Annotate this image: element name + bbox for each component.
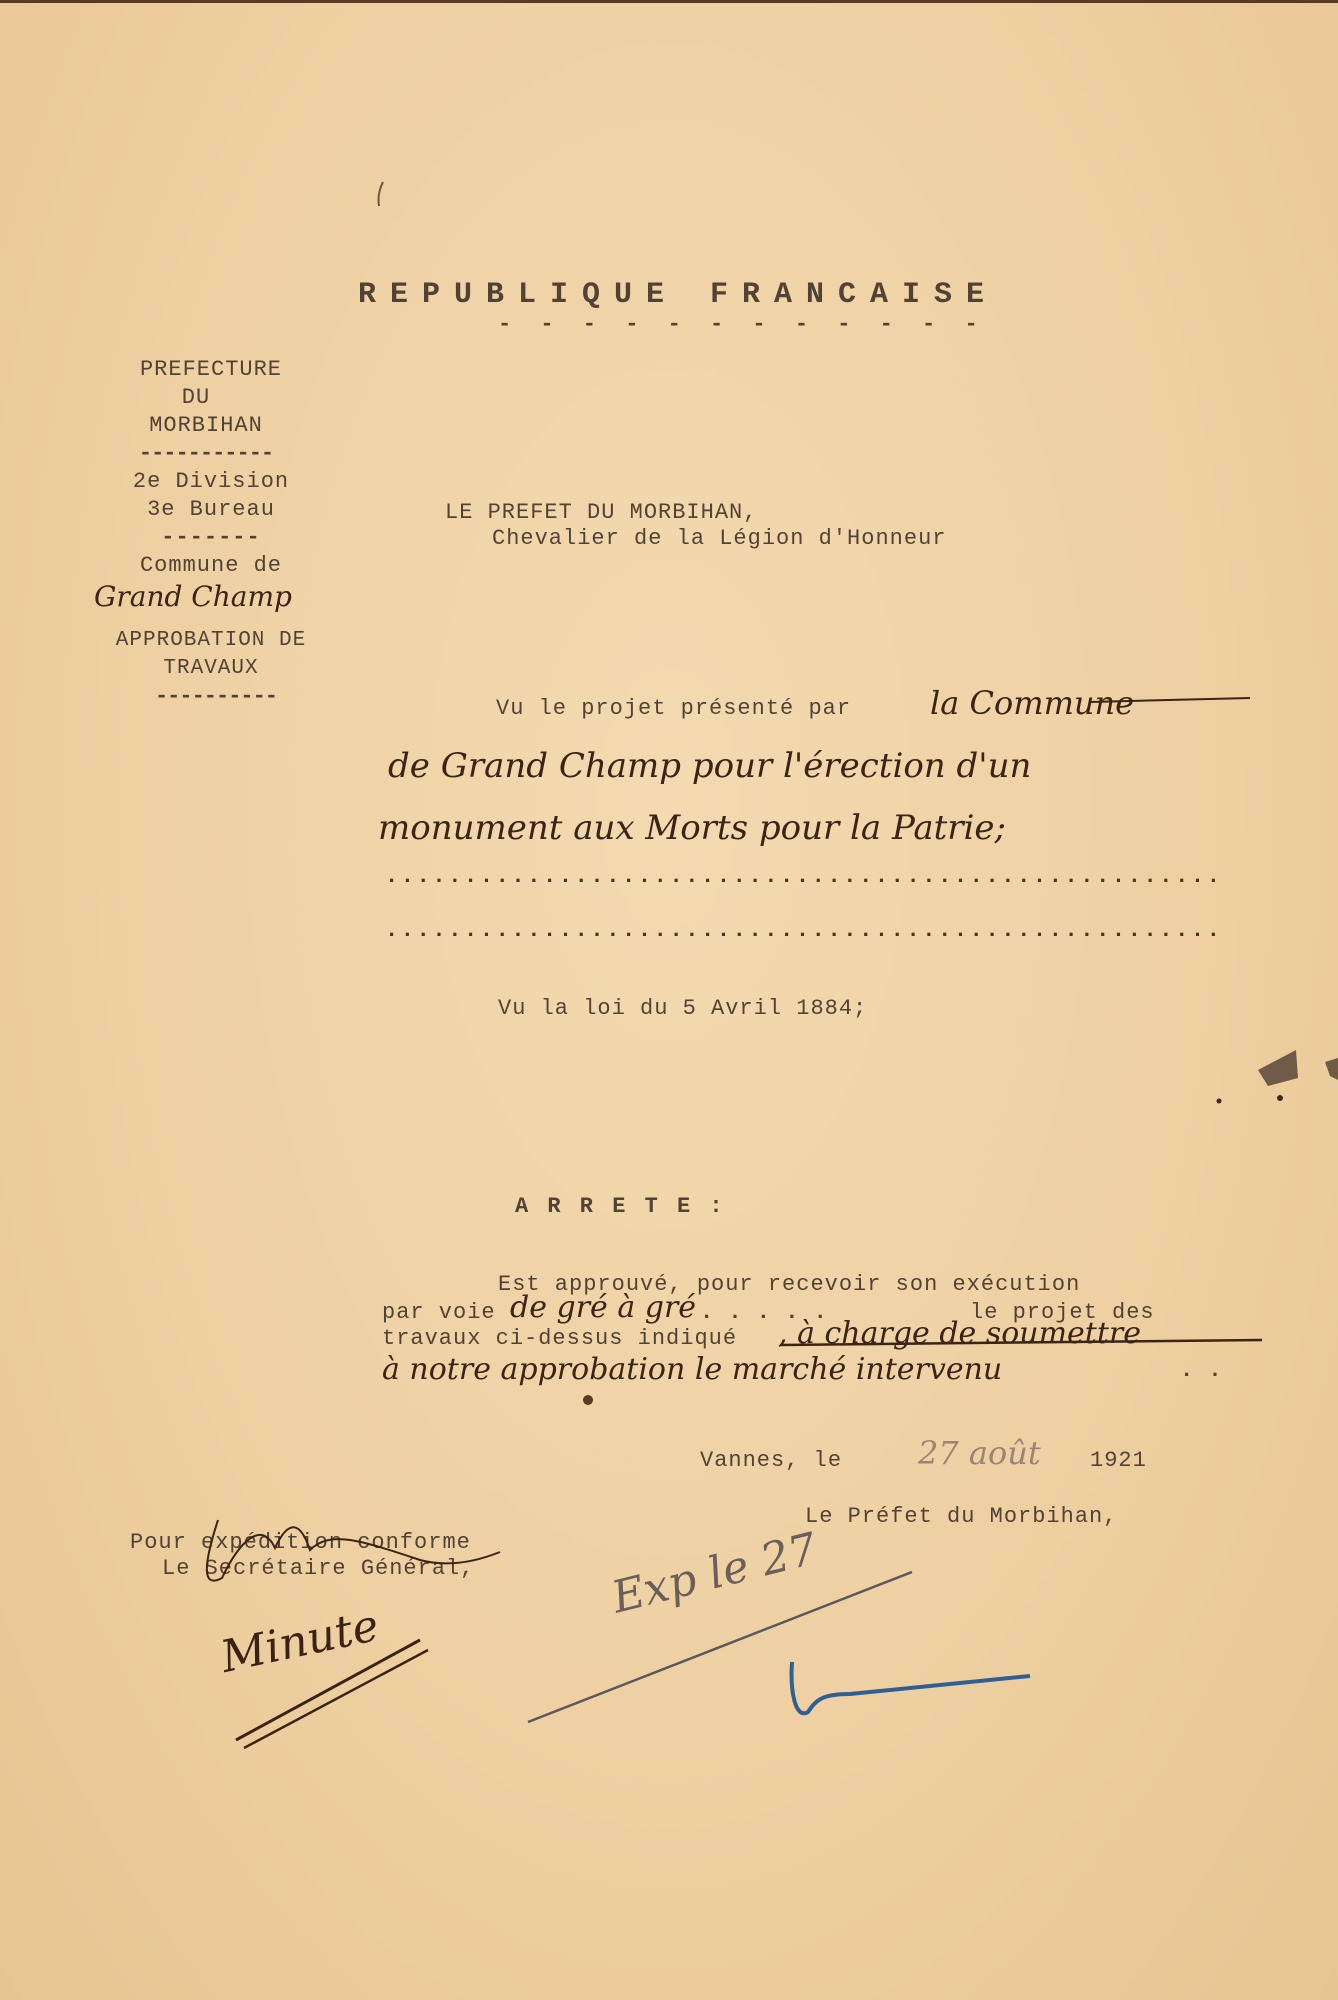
minute-underline bbox=[236, 1640, 420, 1740]
ink-blot bbox=[1325, 1058, 1338, 1080]
blue-pencil-mark bbox=[792, 1662, 1030, 1713]
blue-mark-label: V bbox=[804, 1660, 805, 1661]
ink-blot bbox=[1258, 1050, 1298, 1086]
ink-marks bbox=[0, 0, 1338, 2000]
handwriting-underline bbox=[1090, 698, 1250, 702]
document-page: REPUBLIQUE FRANCAISE - - - - - - - - - -… bbox=[0, 0, 1338, 2000]
stray-mark bbox=[379, 182, 384, 206]
pencil-line bbox=[528, 1572, 912, 1722]
minute-underline bbox=[244, 1650, 428, 1748]
handwriting-underline bbox=[780, 1340, 1262, 1345]
struck-signature bbox=[207, 1520, 500, 1581]
